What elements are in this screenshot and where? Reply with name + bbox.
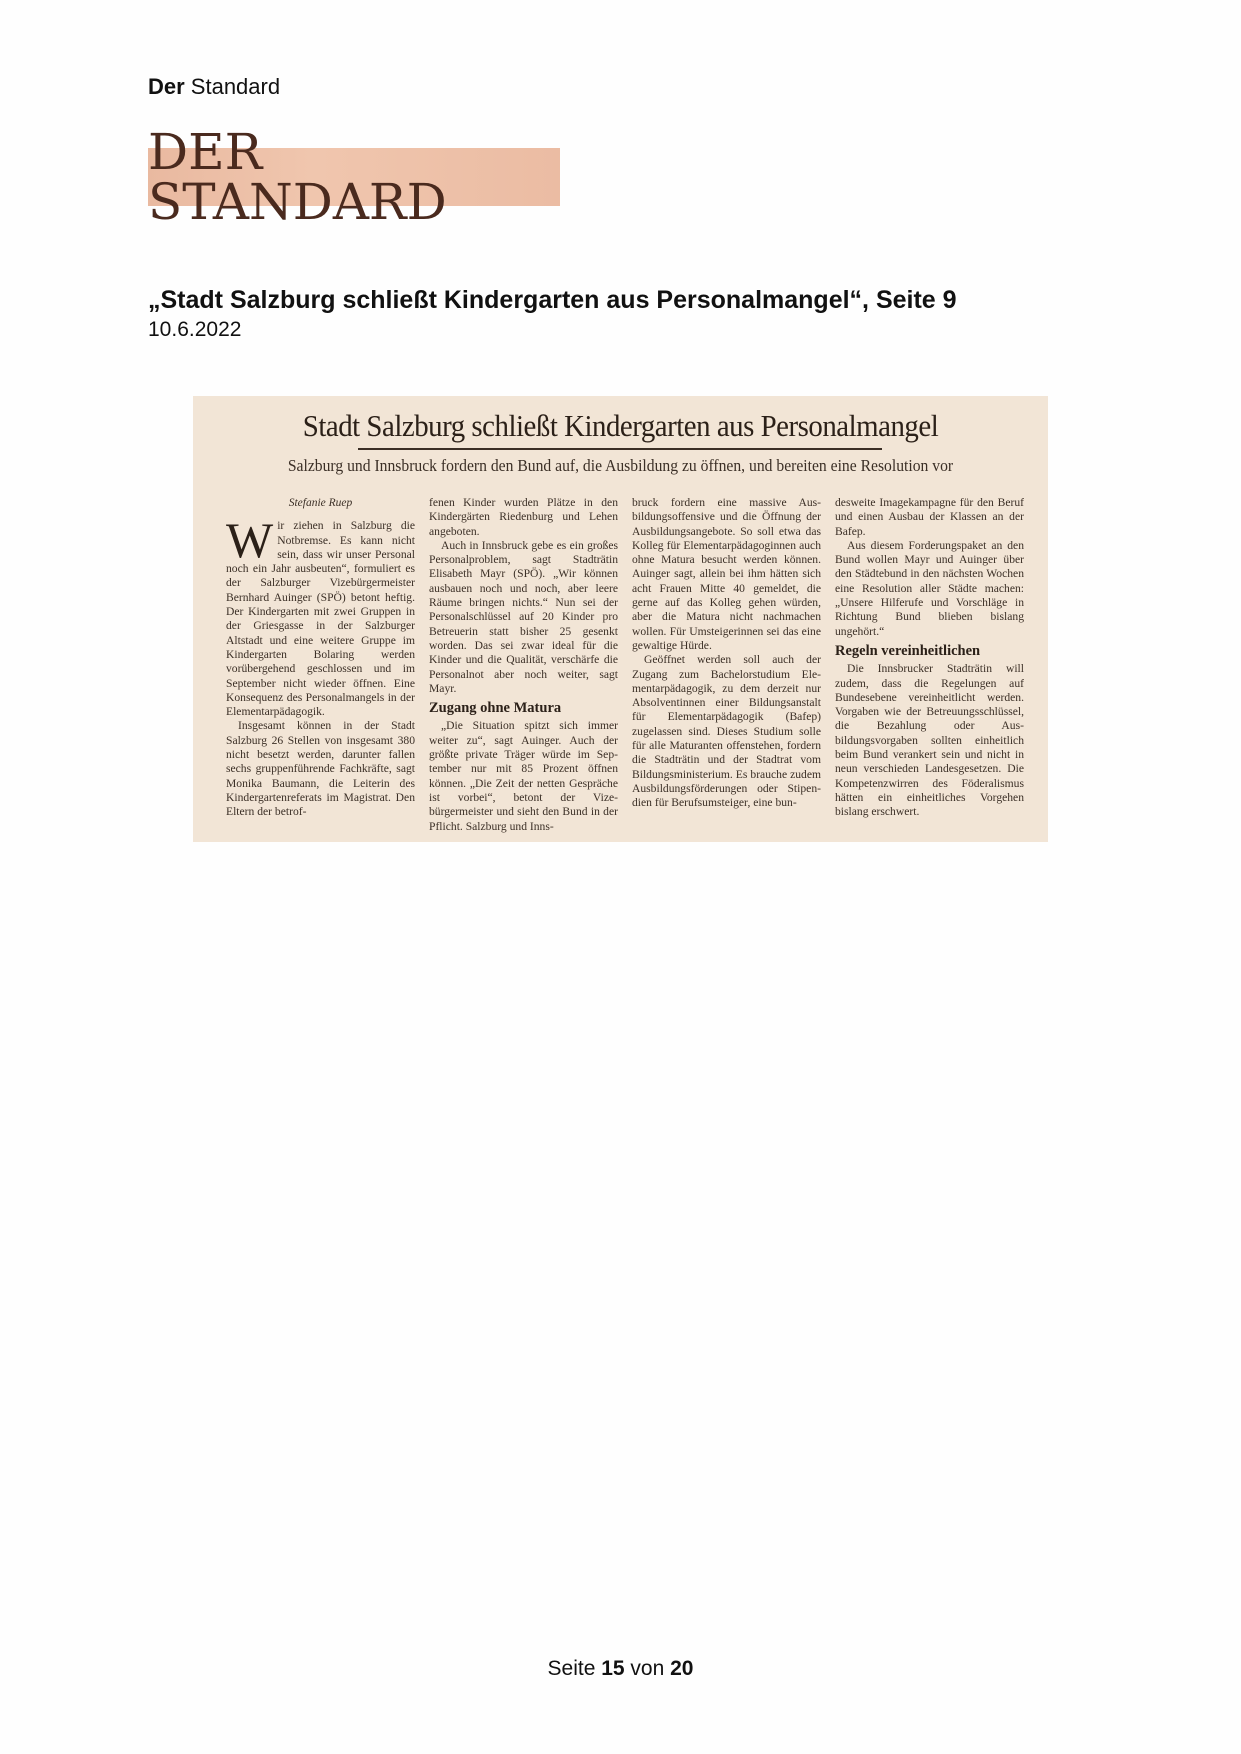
- page-footer: Seite 15 von 20: [0, 1657, 1241, 1681]
- paragraph: Die Innsbrucker Stadträtin will zudem, d…: [835, 662, 1024, 819]
- paragraph: Insgesamt können in der Stadt Salzburg 2…: [226, 719, 415, 819]
- footer-middle: von: [625, 1657, 671, 1680]
- newspaper-logo-text: Der Standard: [148, 127, 560, 227]
- current-page-number: 15: [601, 1657, 624, 1680]
- source-label: Der Standard: [148, 74, 280, 100]
- total-pages-number: 20: [670, 1657, 693, 1680]
- source-label-bold: Der: [148, 74, 185, 99]
- clipping-divider: [358, 448, 882, 450]
- column-1: Stefanie Ruep Wir ziehen in Salzburg die…: [226, 496, 415, 834]
- footer-prefix: Seite: [548, 1657, 602, 1680]
- article-heading: „Stadt Salzburg schließt Kindergarten au…: [148, 286, 957, 315]
- column-2: fenen Kinder wurden Plätze in den Kinder…: [429, 496, 618, 834]
- paragraph: desweite Imagekampagne für den Beruf und…: [835, 496, 1024, 539]
- dropcap: W: [226, 521, 273, 559]
- byline: Stefanie Ruep: [226, 496, 415, 510]
- source-label-rest: Standard: [185, 74, 280, 99]
- paragraph: „Die Situation spitzt sich immer weiter …: [429, 719, 618, 833]
- article-date: 10.6.2022: [148, 318, 241, 342]
- newspaper-logo: Der Standard: [148, 148, 560, 206]
- clipping-subtitle: Salzburg und Innsbruck fordern den Bund …: [227, 456, 1014, 476]
- paragraph: Aus diesem Forderungspaket an den Bund w…: [835, 539, 1024, 639]
- clipping-columns: Stefanie Ruep Wir ziehen in Salzburg die…: [226, 496, 1024, 834]
- paragraph: bruck fordern eine massive Aus­bildungso…: [632, 496, 821, 653]
- subheading: Regeln vereinheitlichen: [835, 644, 1024, 658]
- paragraph: Wir ziehen in Salzburg die Notbremse. Es…: [226, 519, 415, 719]
- subheading: Zugang ohne Matura: [429, 701, 618, 715]
- paragraph: Auch in Innsbruck gebe es ein großes Per…: [429, 539, 618, 696]
- column-4: desweite Imagekampagne für den Beruf und…: [835, 496, 1024, 834]
- paragraph: Geöffnet werden soll auch der Zugang zum…: [632, 653, 821, 810]
- article-clipping: Stadt Salzburg schließt Kindergarten aus…: [193, 396, 1048, 842]
- paragraph: fenen Kinder wurden Plätze in den Kinder…: [429, 496, 618, 539]
- column-3: bruck fordern eine massive Aus­bildungso…: [632, 496, 821, 834]
- clipping-title: Stadt Salzburg schließt Kindergarten aus…: [223, 408, 1018, 444]
